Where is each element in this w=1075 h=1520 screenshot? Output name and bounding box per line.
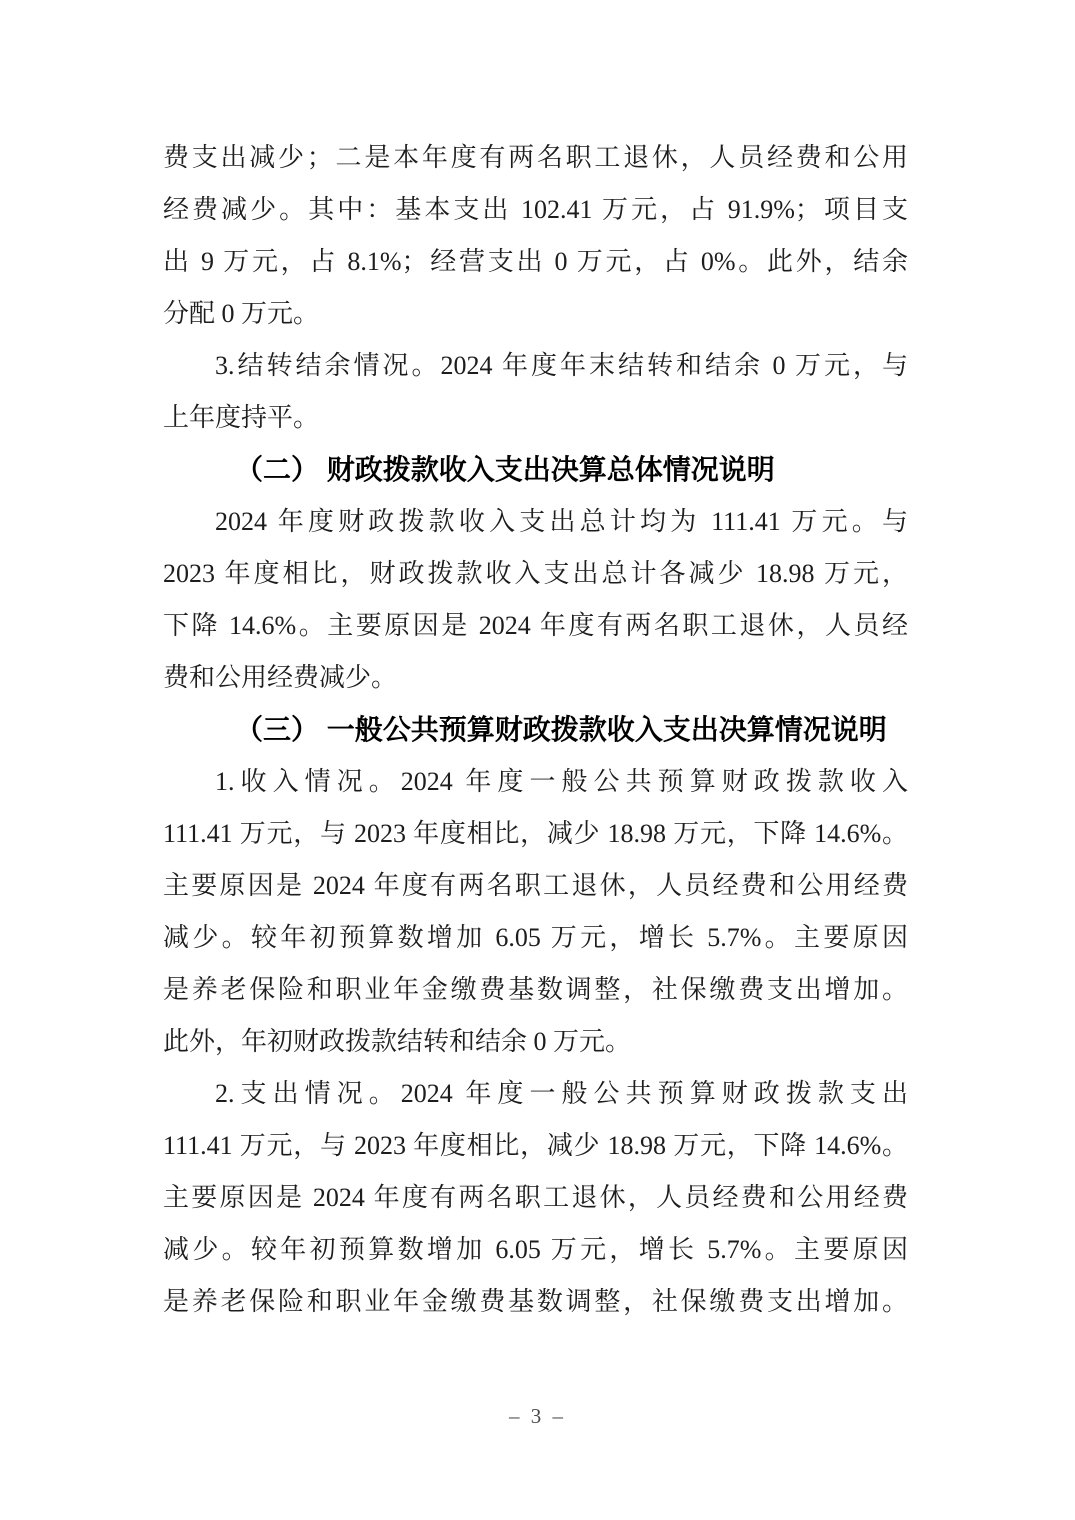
text-line: 2024 年度财政拨款收入支出总计均为 111.41 万元。与 <box>163 496 908 548</box>
text-line: 111.41 万元，与 2023 年度相比，减少 18.98 万元，下降 14.… <box>163 1120 908 1172</box>
text-line: 2023 年度相比，财政拨款收入支出总计各减少 18.98 万元， <box>163 548 908 600</box>
text-line: 主要原因是 2024 年度有两名职工退休，人员经费和公用经费 <box>163 1172 908 1224</box>
text-line: 3.结转结余情况。2024 年度年末结转和结余 0 万元，与 <box>163 340 908 392</box>
text-line: 下降 14.6%。主要原因是 2024 年度有两名职工退休，人员经 <box>163 600 908 652</box>
section-heading: （三） 一般公共预算财政拨款收入支出决算情况说明 <box>163 704 908 756</box>
text-line: 费支出减少；二是本年度有两名职工退休，人员经费和公用 <box>163 132 908 184</box>
text-line: 主要原因是 2024 年度有两名职工退休，人员经费和公用经费 <box>163 860 908 912</box>
text-line: 减少。较年初预算数增加 6.05 万元，增长 5.7%。主要原因 <box>163 912 908 964</box>
text-line: 是养老保险和职业年金缴费基数调整，社保缴费支出增加。 <box>163 1276 908 1328</box>
text-line: 1.收入情况。2024 年度一般公共预算财政拨款收入 <box>163 756 908 808</box>
text-line: 经费减少。其中：基本支出 102.41 万元，占 91.9%；项目支 <box>163 184 908 236</box>
document-page: 费支出减少；二是本年度有两名职工退休，人员经费和公用经费减少。其中：基本支出 1… <box>0 0 1075 1520</box>
text-line: 此外，年初财政拨款结转和结余 0 万元。 <box>163 1016 908 1068</box>
text-line: 上年度持平。 <box>163 392 908 444</box>
page-footer: – 3 – <box>0 1404 1075 1429</box>
document-body: 费支出减少；二是本年度有两名职工退休，人员经费和公用经费减少。其中：基本支出 1… <box>163 132 908 1328</box>
section-heading: （二） 财政拨款收入支出决算总体情况说明 <box>163 444 908 496</box>
text-line: 出 9 万元，占 8.1%；经营支出 0 万元，占 0%。此外，结余 <box>163 236 908 288</box>
text-line: 减少。较年初预算数增加 6.05 万元，增长 5.7%。主要原因 <box>163 1224 908 1276</box>
text-line: 是养老保险和职业年金缴费基数调整，社保缴费支出增加。 <box>163 964 908 1016</box>
page-number: – 3 – <box>509 1404 566 1428</box>
text-line: 分配 0 万元。 <box>163 288 908 340</box>
text-line: 111.41 万元，与 2023 年度相比，减少 18.98 万元，下降 14.… <box>163 808 908 860</box>
text-line: 2.支出情况。2024 年度一般公共预算财政拨款支出 <box>163 1068 908 1120</box>
text-line: 费和公用经费减少。 <box>163 652 908 704</box>
